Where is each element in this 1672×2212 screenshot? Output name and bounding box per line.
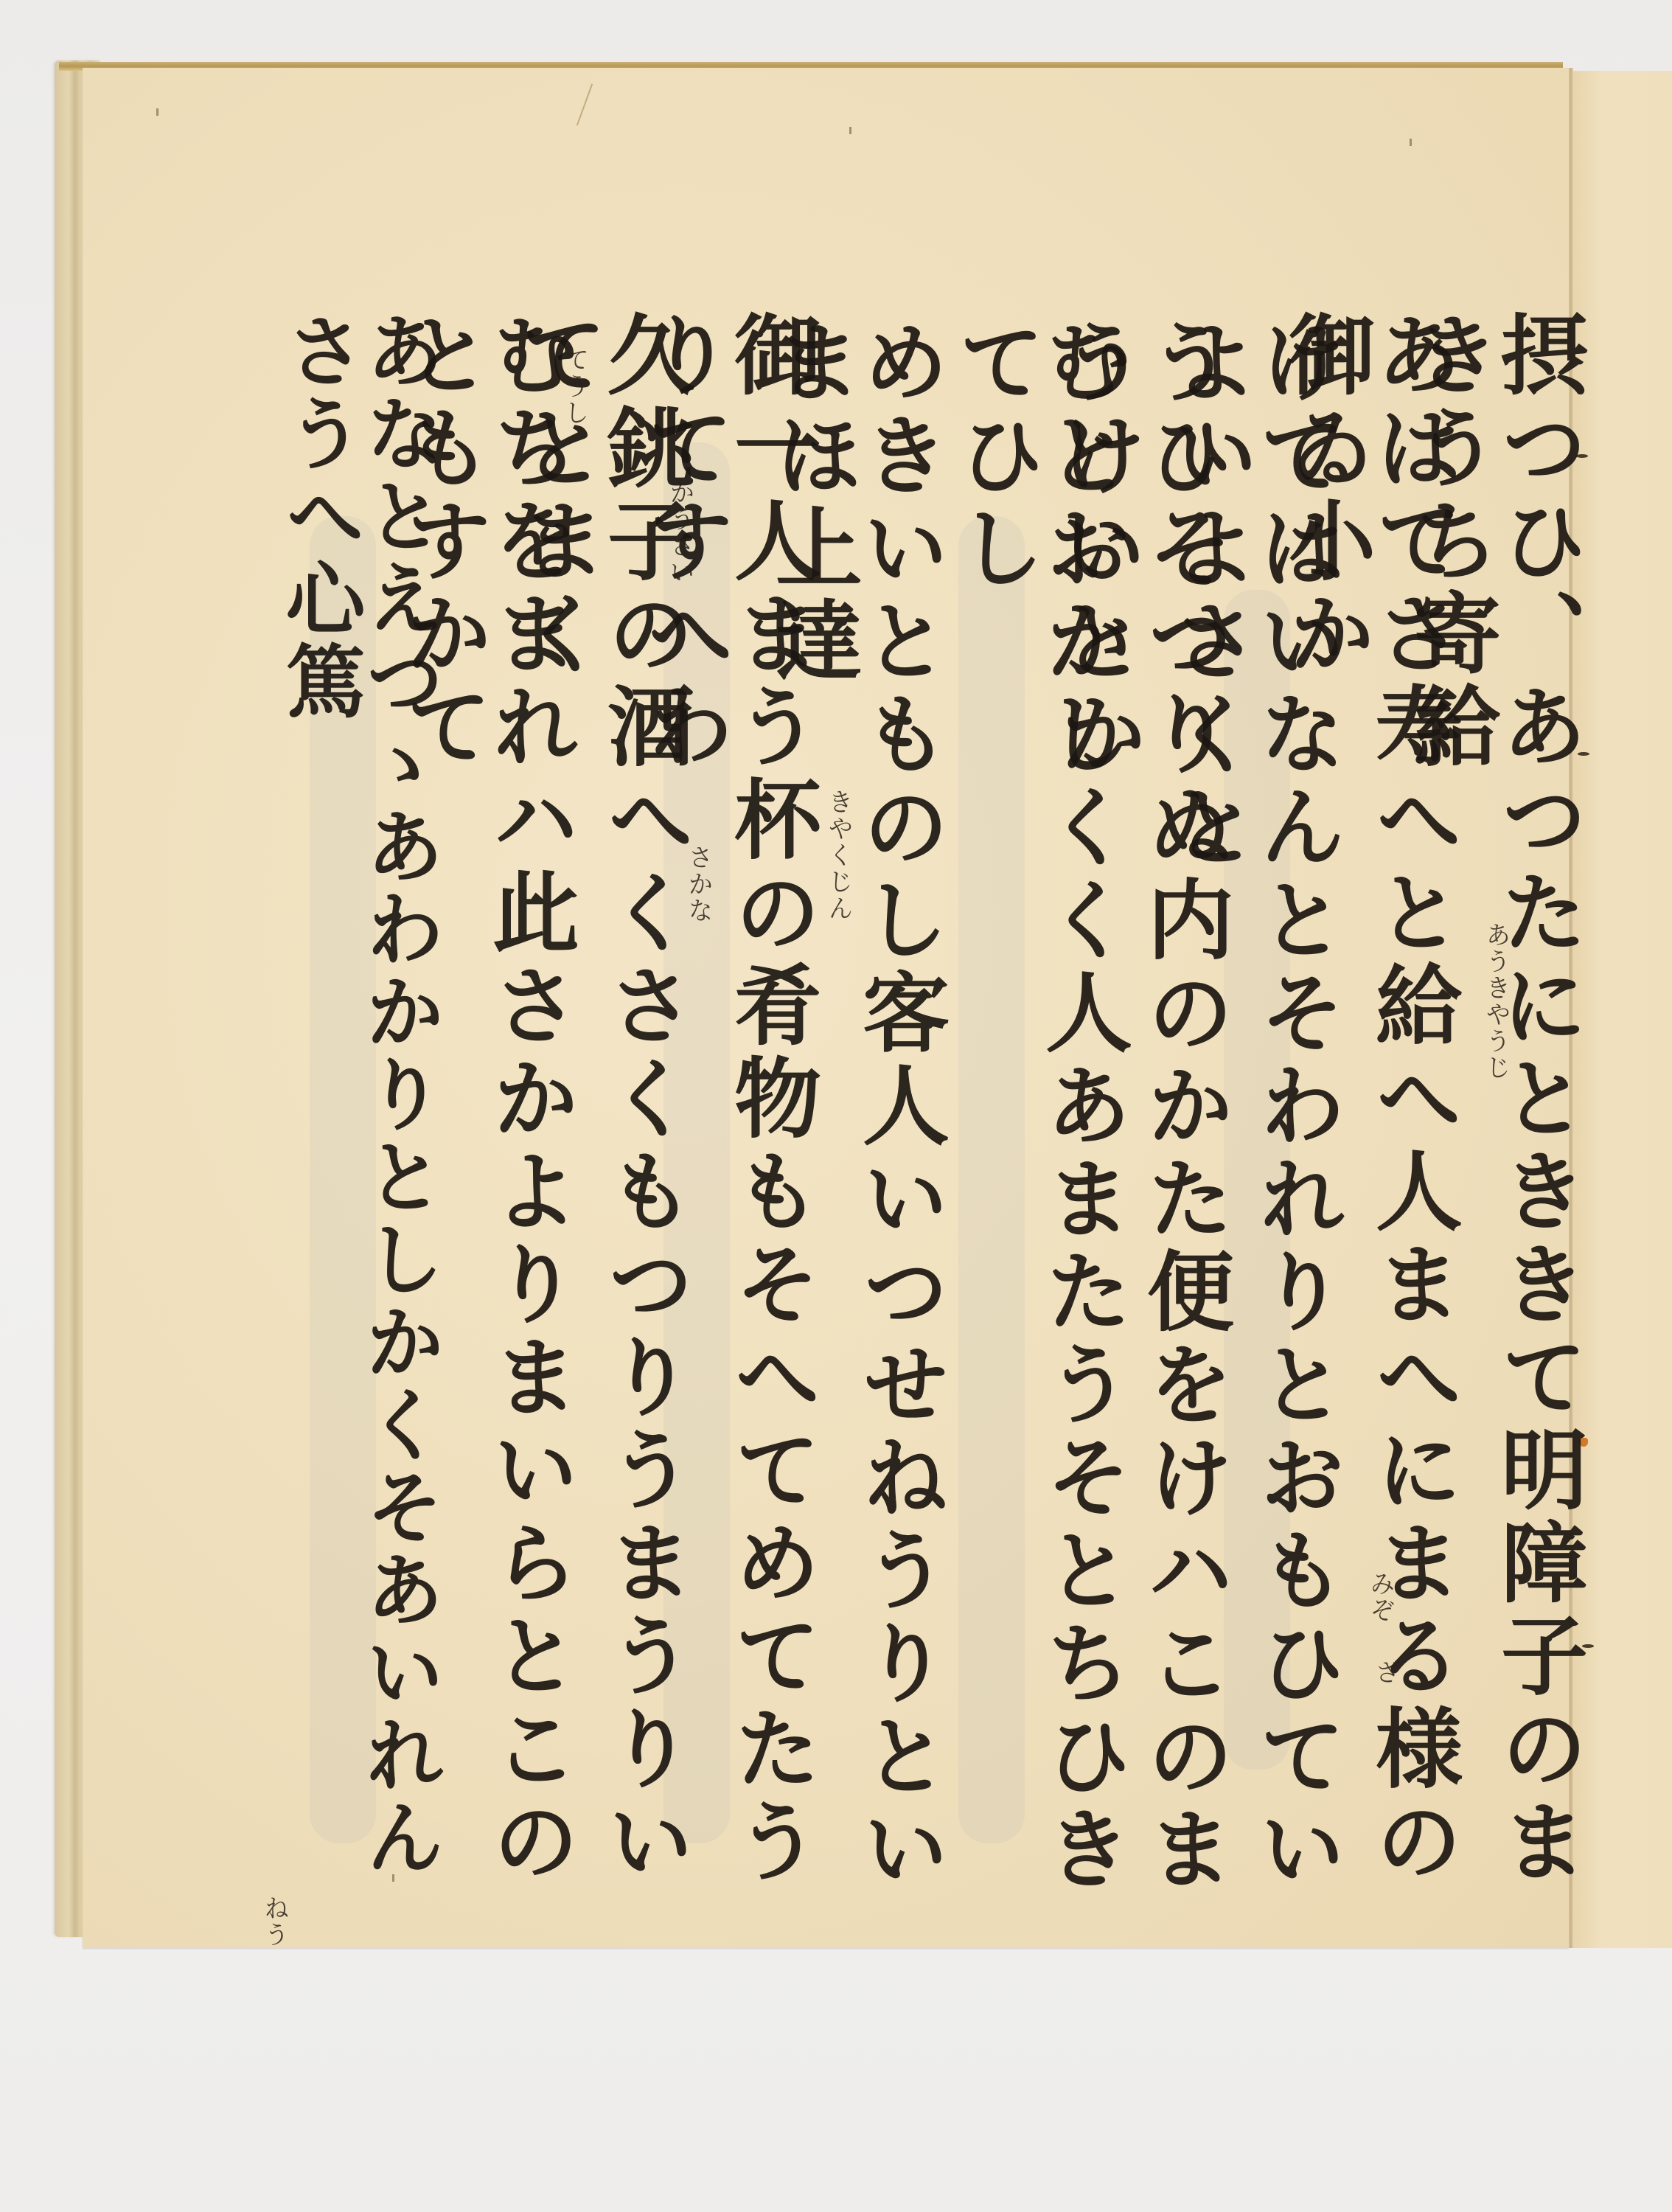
text-column-10: あなとえつゝあわかりとしかくそあいれんさうへ心篤 (279, 310, 438, 1902)
furigana: かうさい (667, 479, 692, 585)
text-column-5: むとおかしくく人あまたうそとちひきてひし (951, 317, 1125, 1910)
furigana: ねう (262, 1895, 287, 1948)
furigana: みぞ (1368, 1571, 1393, 1624)
furigana: きやくじん (826, 789, 851, 922)
furigana: てうし (562, 347, 587, 426)
furigana: さかな (686, 844, 711, 924)
furigana: ざ (1373, 1659, 1398, 1686)
furigana: あうきやうじ (1483, 922, 1508, 1081)
